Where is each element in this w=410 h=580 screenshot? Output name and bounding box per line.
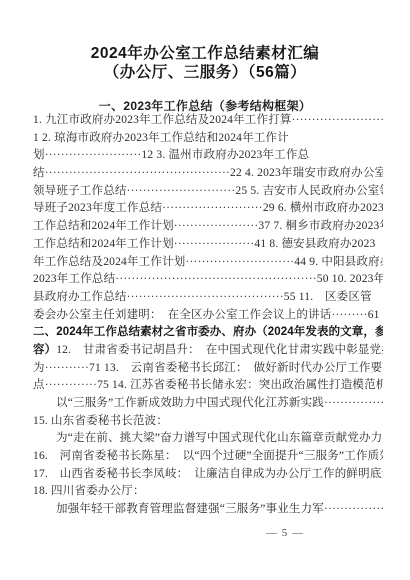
toc-line: 1. 九江市政府办2023年工作总结及2024年工作打算············… xyxy=(33,112,383,130)
toc-line: 加强年轻干部教育管理监督建强“三服务”事业生力军················… xyxy=(33,501,383,519)
document-title: 2024年办公室工作总结素材汇编 （办公厅、三服务）（56篇） xyxy=(0,0,410,82)
toc-line-text: 年工作总结及2024年工作计划·························… xyxy=(33,256,383,268)
toc-line: 工作总结和2024年工作计划·····················37 7.… xyxy=(33,218,383,236)
toc-line: 导班子2023年度工作总结·························29… xyxy=(33,200,383,218)
toc-line-text: 领导班子工作总结···························25 5.… xyxy=(33,185,383,197)
toc-line: 县政府办工作总结································… xyxy=(33,289,383,307)
toc-line-bold-text: 容） xyxy=(33,344,56,356)
toc-line-text: 导班子2023年度工作总结·························29… xyxy=(33,202,383,214)
toc-line: 结·······································… xyxy=(33,165,383,183)
toc-line: 2023年工作总结·······························… xyxy=(33,271,383,289)
toc-line: 18. 四川省委办公厅： xyxy=(33,483,383,501)
toc-line-text: 为···········71 13. 云南省委秘书长邱江： 做好新时代办公厅工作… xyxy=(33,362,383,374)
toc-line-bold-text: 二、2024年工作总结素材之省市委办、府办（2024年发表的文章，参考内 xyxy=(33,326,383,338)
toc-line-text: 17. 山西省委秘书长李凤岐： 让廉洁自律成为办公厅工作的鲜明底色·······… xyxy=(33,468,383,480)
toc-line-text: 15. 山东省委秘书长范波： xyxy=(33,415,168,427)
document-page: 2024年办公室工作总结素材汇编 （办公厅、三服务）（56篇） 一、2023年工… xyxy=(0,0,410,580)
toc-line: 二、2024年工作总结素材之省市委办、府办（2024年发表的文章，参考内 xyxy=(33,324,383,342)
toc-line: 点·············75 14. 江苏省委秘书长储永宏：突出政治属性打造… xyxy=(33,377,383,395)
document-title-line2: （办公厅、三服务）（56篇） xyxy=(0,63,410,82)
toc-line-text: 2023年工作总结·······························… xyxy=(33,273,383,285)
toc-line-text: 12. 甘肃省委书记胡昌升： 在中国式现代化甘肃实践中彰显党办作 xyxy=(56,344,383,356)
section-one-heading: 一、2023年工作总结（参考结构框架） xyxy=(0,99,410,113)
toc-line: 划························12 3. 温州市政府办202… xyxy=(33,147,383,165)
toc-line-text: 点·············75 14. 江苏省委秘书长储永宏：突出政治属性打造… xyxy=(33,379,383,391)
toc-line-text: 1. 九江市政府办2023年工作总结及2024年工作打算············… xyxy=(33,114,383,126)
toc-line: 年工作总结及2024年工作计划·························… xyxy=(33,254,383,272)
toc-body: 1. 九江市政府办2023年工作总结及2024年工作打算············… xyxy=(33,112,383,519)
page-number: — 5 — xyxy=(266,527,304,539)
toc-line: 以“三服务”工作新成效助力中国式现代化江苏新实践················… xyxy=(33,395,383,413)
toc-line-text: 委会办公室主任刘建明： 在全区办公室工作会议上的讲话·········61 xyxy=(33,309,380,321)
toc-line: 15. 山东省委秘书长范波： xyxy=(33,413,383,431)
toc-line-text: 加强年轻干部教育管理监督建强“三服务”事业生力军················… xyxy=(56,503,383,515)
toc-line-text: 工作总结和2024年工作计划·····················37 7.… xyxy=(33,220,383,232)
toc-line: 1 2. 琼海市政府办2023年工作总结和2024年工作计 xyxy=(33,130,383,148)
document-title-line1: 2024年办公室工作总结素材汇编 xyxy=(0,44,410,63)
toc-line-text: 划························12 3. 温州市政府办202… xyxy=(33,149,309,161)
toc-line: 17. 山西省委秘书长李凤岐： 让廉洁自律成为办公厅工作的鲜明底色·······… xyxy=(33,466,383,484)
toc-line: 工作总结和2024年工作计划····················41 8. … xyxy=(33,236,383,254)
toc-line: 为“走在前、挑大梁”奋力谱写中国式现代化山东篇章贡献党办力量···86 xyxy=(33,430,383,448)
toc-line: 容）12. 甘肃省委书记胡昌升： 在中国式现代化甘肃实践中彰显党办作 xyxy=(33,342,383,360)
toc-line-text: 18. 四川省委办公厅： xyxy=(33,485,145,497)
toc-line-text: 16. 河南省委秘书长陈星： 以“四个过硬”全面提升“三服务”工作质效·····… xyxy=(33,450,383,462)
toc-line: 领导班子工作总结···························25 5.… xyxy=(33,183,383,201)
toc-line-text: 结·······································… xyxy=(33,167,383,179)
toc-line-text: 县政府办工作总结································… xyxy=(33,291,372,303)
toc-line-text: 以“三服务”工作新成效助力中国式现代化江苏新实践················… xyxy=(56,397,383,409)
toc-line: 16. 河南省委秘书长陈星： 以“四个过硬”全面提升“三服务”工作质效·····… xyxy=(33,448,383,466)
toc-line-text: 工作总结和2024年工作计划····················41 8. … xyxy=(33,238,375,250)
toc-line: 为···········71 13. 云南省委秘书长邱江： 做好新时代办公厅工作… xyxy=(33,360,383,378)
toc-line-text: 为“走在前、挑大梁”奋力谱写中国式现代化山东篇章贡献党办力量···86 xyxy=(56,432,383,444)
toc-line: 委会办公室主任刘建明： 在全区办公室工作会议上的讲话·········61 xyxy=(33,307,383,325)
toc-line-text: 1 2. 琼海市政府办2023年工作总结和2024年工作计 xyxy=(33,132,289,144)
